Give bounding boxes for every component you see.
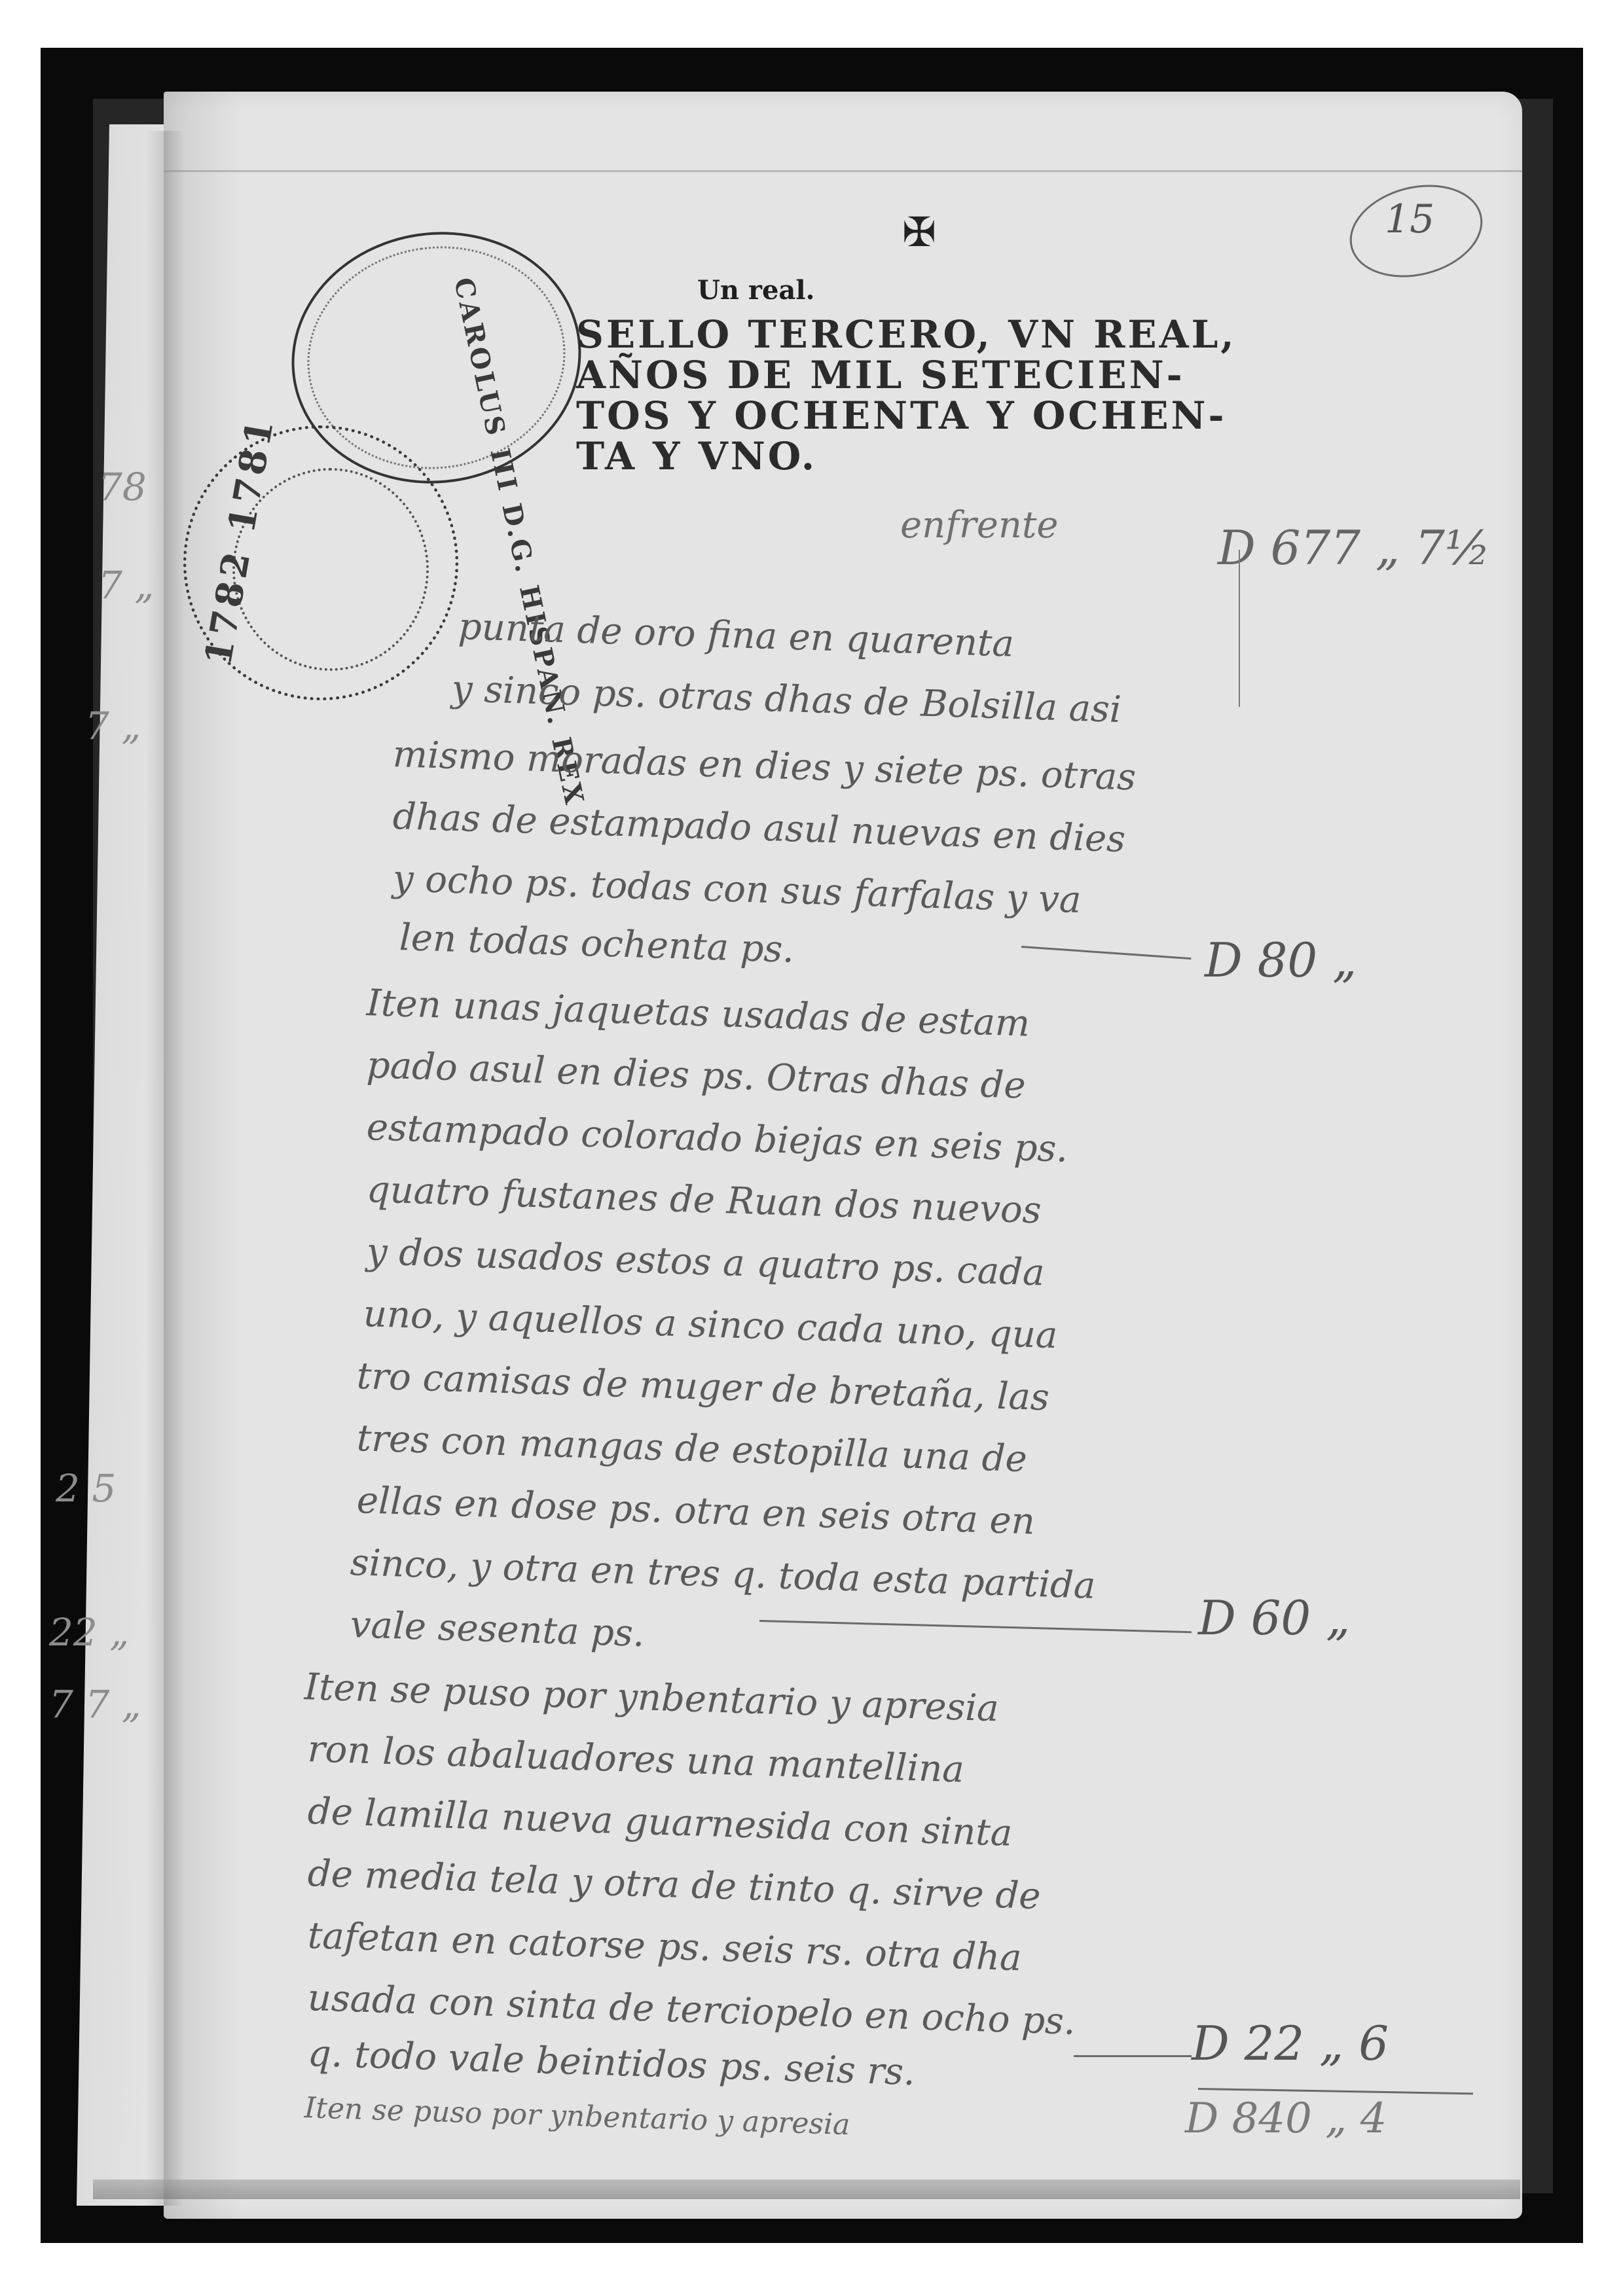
carry-forward-amount: D 677 „ 7½ [1218, 520, 1491, 575]
margin-number: 2 5 [56, 1466, 116, 1511]
stamp-legend-line: AÑOS DE MIL SETECIEN- [576, 355, 1309, 395]
carry-forward-label: enfrente [900, 504, 1059, 547]
torn-bottom-edge [93, 2179, 1520, 2199]
margin-number: 7 „ [85, 704, 141, 748]
margin-number: 78 [98, 465, 147, 509]
column-rule [1239, 550, 1240, 707]
gutter-fold [145, 131, 185, 2206]
stamp-legend-line: TA Y VNO. [576, 436, 1309, 476]
stamp-denomination: Un real. [697, 275, 814, 306]
subtotal-rule [1074, 2055, 1192, 2057]
subtotal-amount: D 60 „ [1198, 1590, 1350, 1645]
subtotal-amount: D 22 „ 6 [1192, 2016, 1389, 2071]
stamp-legend: SELLO TERCERO, VN REAL, AÑOS DE MIL SETE… [576, 314, 1309, 476]
subtotal-amount: D 80 „ [1205, 933, 1357, 988]
cross-icon: ✠ [902, 208, 936, 256]
margin-number: 7 7 „ [49, 1682, 141, 1727]
stamp-legend-line: SELLO TERCERO, VN REAL, [576, 314, 1309, 355]
torn-top-edge [164, 92, 1522, 172]
margin-number: 7 „ [98, 563, 154, 607]
stamp-legend-line: TOS Y OCHENTA Y OCHEN- [576, 395, 1309, 436]
margin-number: 22 „ [49, 1610, 129, 1655]
running-total-amount: D 840 „ 4 [1185, 2094, 1387, 2143]
folio-number: 15 [1385, 196, 1434, 242]
